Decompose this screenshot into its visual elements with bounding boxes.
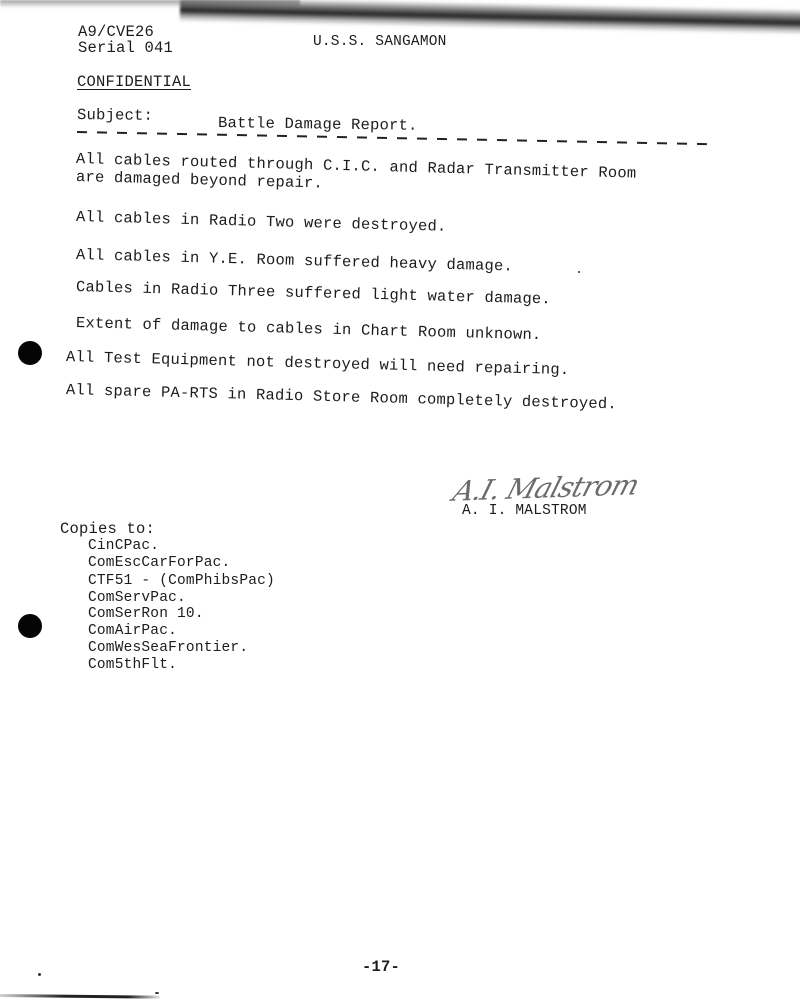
copy-recipient: ComEscCarForPac. <box>88 555 230 571</box>
scan-speck <box>155 992 159 994</box>
report-line: Extent of damage to cables in Chart Room… <box>76 314 542 344</box>
report-line: All Test Equipment not destroyed will ne… <box>66 348 570 379</box>
copy-recipient: ComSerRon 10. <box>88 606 204 622</box>
copies-label: Copies to: <box>60 520 155 538</box>
serial-number: Serial 041 <box>78 39 173 57</box>
report-line: All spare PA-RTS in Radio Store Room com… <box>66 381 617 413</box>
scan-edge-bottom <box>0 994 160 999</box>
report-line: All cables in Radio Two were destroyed. <box>76 208 447 236</box>
copy-recipient: CTF51 - (ComPhibsPac) <box>88 573 275 589</box>
ship-name: U.S.S. SANGAMON <box>313 34 447 50</box>
subject-label: Subject: <box>77 106 153 125</box>
scan-speck <box>578 271 580 273</box>
subject-text: Battle Damage Report. <box>218 114 418 135</box>
report-line: All cables in Y.E. Room suffered heavy d… <box>76 246 513 275</box>
punch-hole-bottom <box>18 614 42 638</box>
copy-recipient: ComWesSeaFrontier. <box>88 640 248 656</box>
page-number: -17- <box>362 958 400 976</box>
copy-recipient: Com5thFlt. <box>88 657 177 673</box>
scan-smear-top <box>180 0 800 36</box>
copy-recipient: CinCPac. <box>88 538 159 554</box>
classification-marking: CONFIDENTIAL <box>77 73 191 91</box>
report-line: Cables in Radio Three suffered light wat… <box>76 278 551 308</box>
punch-hole-top <box>18 341 42 365</box>
copy-recipient: ComServPac. <box>88 590 186 606</box>
copy-recipient: ComAirPac. <box>88 623 177 639</box>
signatory-name: A. I. MALSTROM <box>462 503 587 519</box>
scan-speck <box>38 973 41 976</box>
